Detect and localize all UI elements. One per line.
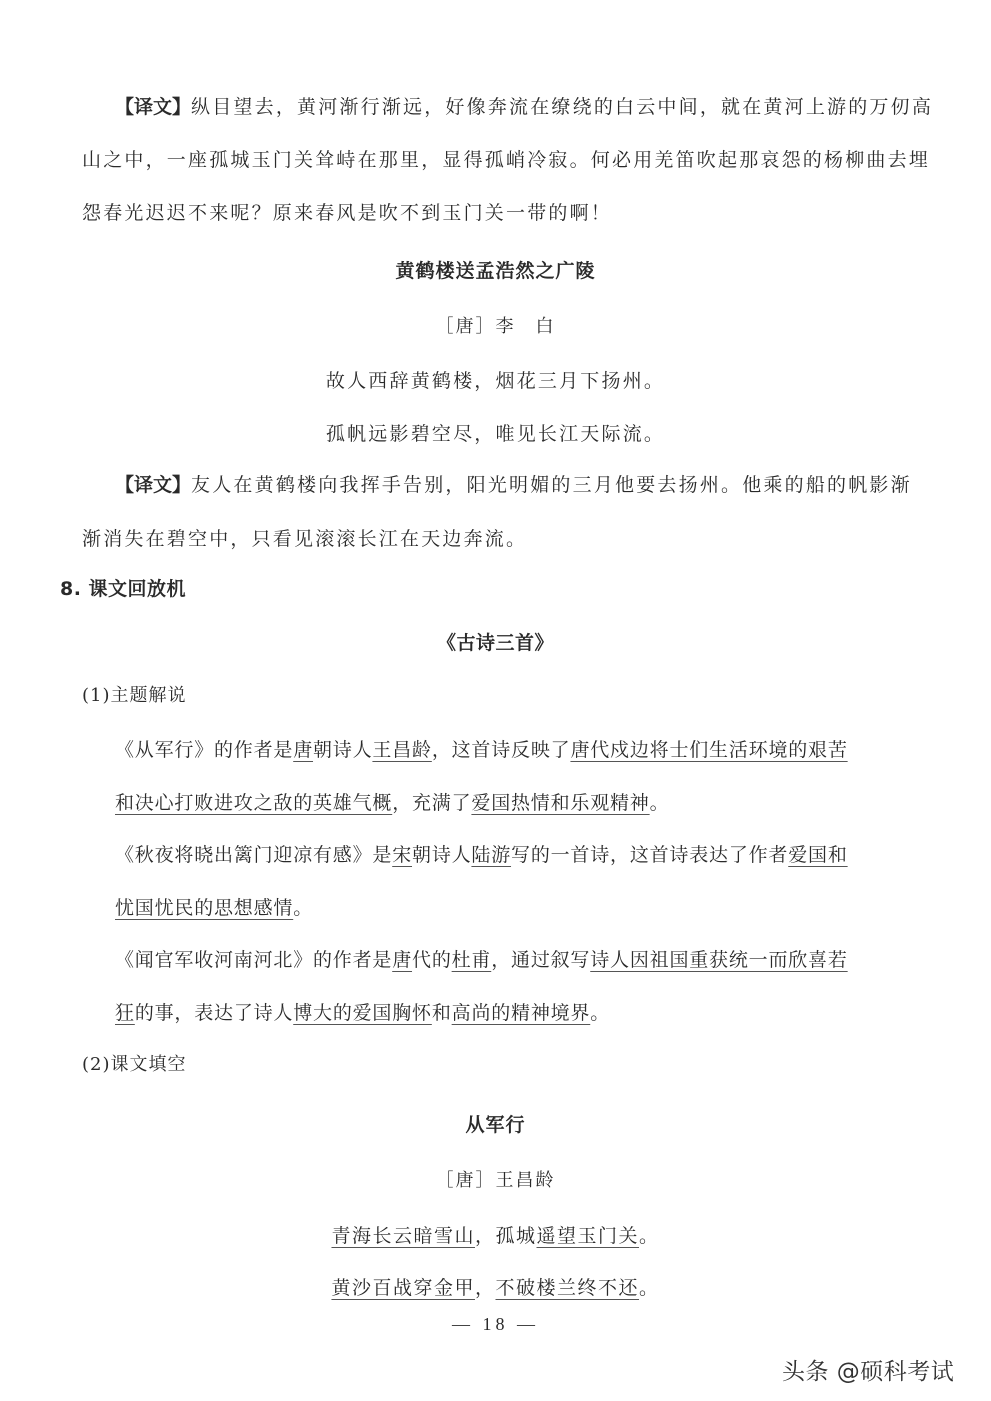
subsection-theme: (1)主题解说 [82, 681, 187, 707]
poem-line: 故人西辞黄鹤楼，烟花三月下扬州。 [0, 366, 991, 393]
answer-blank: 高尚的精神境界 [452, 1002, 591, 1024]
answer-blank: 杜甫 [452, 949, 492, 971]
answer-blank: 爱国和 [788, 844, 847, 866]
section-heading: 8. 课文回放机 [60, 574, 186, 601]
answer-blank: 唐 [293, 739, 313, 761]
document-page: 【译文】纵目望去，黄河渐行渐远，好像奔流在缭绕的白云中间，就在黄河上游的万仞高 … [0, 0, 991, 1401]
poem-title: 黄鹤楼送孟浩然之广陵 [0, 256, 991, 283]
translation-1-line-2: 山之中，一座孤城玉门关耸峙在那里，显得孤峭冷寂。何必用羌笛吹起那哀怨的杨柳曲去埋 [82, 145, 930, 172]
answer-blank: 唐代戍边将士们生活环境的艰苦 [570, 739, 847, 761]
translation-1-line-3: 怨春光迟迟不来呢？原来春风是吹不到玉门关一带的啊！ [82, 198, 612, 225]
theme-paragraph-1: 《从军行》的作者是唐朝诗人王昌龄，这首诗反映了唐代戍边将士们生活环境的艰苦 [115, 735, 848, 762]
poem-author: ［唐］李 白 [0, 312, 991, 338]
answer-blank: 博大的爱国胸怀 [293, 1002, 432, 1024]
poem-line: 孤帆远影碧空尽，唯见长江天际流。 [0, 419, 991, 446]
translation-2-line-2: 渐消失在碧空中，只看见滚滚长江在天边奔流。 [82, 524, 527, 551]
answer-blank: 唐 [392, 949, 412, 971]
answer-blank: 陆游 [471, 844, 511, 866]
answer-blank: 王昌龄 [372, 739, 431, 761]
theme-paragraph-2-cont: 忧国忧民的思想感情。 [115, 893, 313, 920]
answer-blank: 青海长云暗雪山 [331, 1225, 475, 1247]
translation-tag: 【译文】 [115, 474, 191, 496]
answer-blank: 和决心打败进攻之敌的英雄气概 [115, 792, 392, 814]
answer-blank: 狂 [115, 1002, 135, 1024]
theme-paragraph-2: 《秋夜将晓出篱门迎凉有感》是宋朝诗人陆游写的一首诗，这首诗表达了作者爱国和 [115, 840, 848, 867]
poem-title: 从军行 [0, 1110, 991, 1137]
book-title: 《古诗三首》 [0, 628, 991, 655]
answer-blank: 遥望玉门关 [537, 1225, 640, 1247]
translation-2-line-1: 【译文】友人在黄鹤楼向我挥手告别，阳光明媚的三月他要去扬州。他乘的船的帆影渐 [115, 470, 912, 497]
theme-paragraph-3: 《闻官军收河南河北》的作者是唐代的杜甫，通过叙写诗人因祖国重获统一而欣喜若 [115, 945, 848, 972]
page-number: — 18 — [0, 1314, 991, 1335]
subsection-fill-in: (2)课文填空 [82, 1050, 187, 1076]
theme-paragraph-3-cont: 狂的事，表达了诗人博大的爱国胸怀和高尚的精神境界。 [115, 998, 610, 1025]
theme-paragraph-1-cont: 和决心打败进攻之敌的英雄气概，充满了爱国热情和乐观精神。 [115, 788, 669, 815]
answer-blank: 宋 [392, 844, 412, 866]
translation-1-line-1: 【译文】纵目望去，黄河渐行渐远，好像奔流在缭绕的白云中间，就在黄河上游的万仞高 [115, 92, 933, 119]
answer-blank: 爱国热情和乐观精神 [471, 792, 649, 814]
answer-blank: 不破楼兰终不还 [496, 1277, 640, 1299]
answer-blank: 黄沙百战穿金甲 [331, 1277, 475, 1299]
poem-author: ［唐］王昌龄 [0, 1166, 991, 1192]
poem-line: 青海长云暗雪山，孤城遥望玉门关。 [0, 1221, 991, 1248]
translation-tag: 【译文】 [115, 96, 191, 118]
poem-line: 黄沙百战穿金甲，不破楼兰终不还。 [0, 1273, 991, 1300]
watermark: 头条 @硕科考试 [782, 1353, 954, 1386]
answer-blank: 诗人因祖国重获统一而欣喜若 [590, 949, 847, 971]
answer-blank: 忧国忧民的思想感情 [115, 897, 293, 919]
